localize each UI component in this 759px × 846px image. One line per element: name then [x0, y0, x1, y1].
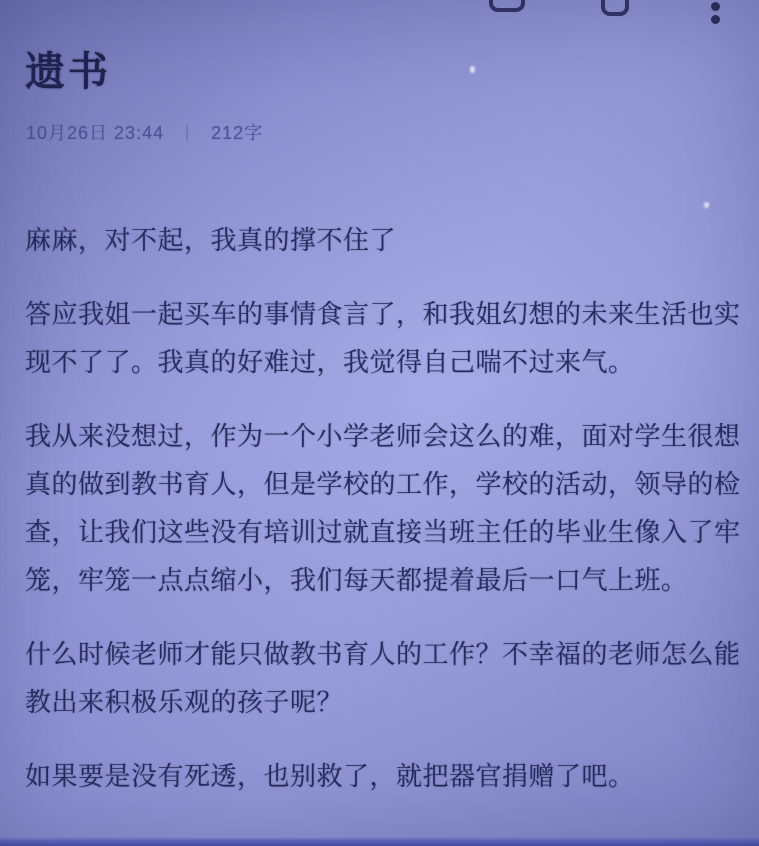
notes-app-screen: 遗书 10月26日 23:44 ｜ 212字 麻麻，对不起，我真的撑不住了 答应… [0, 0, 759, 846]
note-text-line: 我从来没想过，作为一个小学老师会这么的难，面对学生很想 [25, 412, 745, 460]
note-paragraph: 答应我姐一起买车的事情食言了，和我姐幻想的未来生活也实 现不了了。我真的好难过，… [25, 290, 745, 386]
note-text-line: 教出来积极乐观的孩子呢？ [25, 678, 745, 726]
note-paragraph: 什么时候老师才能只做教书育人的工作？不幸福的老师怎么能 教出来积极乐观的孩子呢？ [25, 630, 745, 726]
note-text-line: 现不了了。我真的好难过，我觉得自己喘不过来气。 [25, 338, 745, 386]
note-paragraph: 我从来没想过，作为一个小学老师会这么的难，面对学生很想 真的做到教书育人，但是学… [25, 412, 745, 604]
dust-speck [704, 202, 709, 208]
note-text-line: 笼，牢笼一点点缩小，我们每天都提着最后一口气上班。 [25, 556, 745, 604]
kebab-menu-icon[interactable] [711, 0, 720, 28]
note-text-line: 什么时候老师才能只做教书育人的工作？不幸福的老师怎么能 [25, 630, 745, 678]
kebab-dot [711, 2, 720, 11]
note-text-line: 如果要是没有死透，也别救了，就把器官捐赠了吧。 [25, 752, 745, 800]
note-text-line: 查，让我们这些没有培训过就直接当班主任的毕业生像入了牢 [25, 508, 745, 556]
note-body[interactable]: 麻麻，对不起，我真的撑不住了 答应我姐一起买车的事情食言了，和我姐幻想的未来生活… [25, 216, 745, 826]
meta-divider: ｜ [179, 121, 196, 144]
note-paragraph: 麻麻，对不起，我真的撑不住了 [25, 216, 745, 264]
note-toolbar [0, 0, 759, 30]
note-text-line: 麻麻，对不起，我真的撑不住了 [25, 216, 745, 264]
rounded-square-icon-right[interactable] [601, 0, 629, 16]
note-datetime: 10月26日 23:44 [26, 119, 164, 145]
dust-speck [470, 66, 475, 73]
note-paragraph: 如果要是没有死透，也别救了，就把器官捐赠了吧。 [25, 752, 745, 800]
note-title[interactable]: 遗书 [25, 40, 111, 97]
note-char-count: 212字 [211, 119, 263, 145]
rounded-square-icon-left[interactable] [489, 0, 525, 12]
note-text-line: 答应我姐一起买车的事情食言了，和我姐幻想的未来生活也实 [25, 290, 745, 338]
note-text-line: 真的做到教书育人，但是学校的工作，学校的活动，领导的检 [25, 460, 745, 508]
note-meta: 10月26日 23:44 ｜ 212字 [26, 119, 263, 145]
screen-bottom-edge [0, 837, 759, 846]
kebab-dot [711, 15, 720, 24]
